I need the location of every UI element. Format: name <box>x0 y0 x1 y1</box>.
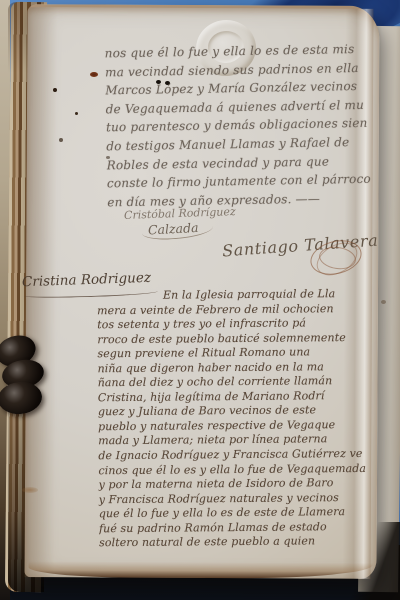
page-bottom-edge <box>29 561 373 579</box>
baptism-entry-text: En la Iglesia parroquial de Lla mera a v… <box>97 287 381 551</box>
closing-entry-text: nos que él lo fue y ella lo es de esta m… <box>105 40 382 212</box>
manuscript-line: rroco de este pueblo bauticé solemnement… <box>97 330 379 347</box>
manuscript-line: cinos que él lo es y ella lo fue de Vega… <box>98 461 380 478</box>
foxing-spot <box>90 72 98 77</box>
manuscript-line: que él lo fue y ella lo es de este de Ll… <box>99 505 381 522</box>
ink-spot <box>53 88 57 92</box>
baptism-register-photo: nos que él lo fue y ella lo es de esta m… <box>0 0 400 600</box>
ink-spot <box>75 112 78 115</box>
ink-spot <box>59 138 63 142</box>
ink-mark-next-page <box>381 300 386 304</box>
manuscript-line: soltero natural de este pueblo a quien <box>99 534 381 551</box>
foxing-spot <box>22 487 38 493</box>
